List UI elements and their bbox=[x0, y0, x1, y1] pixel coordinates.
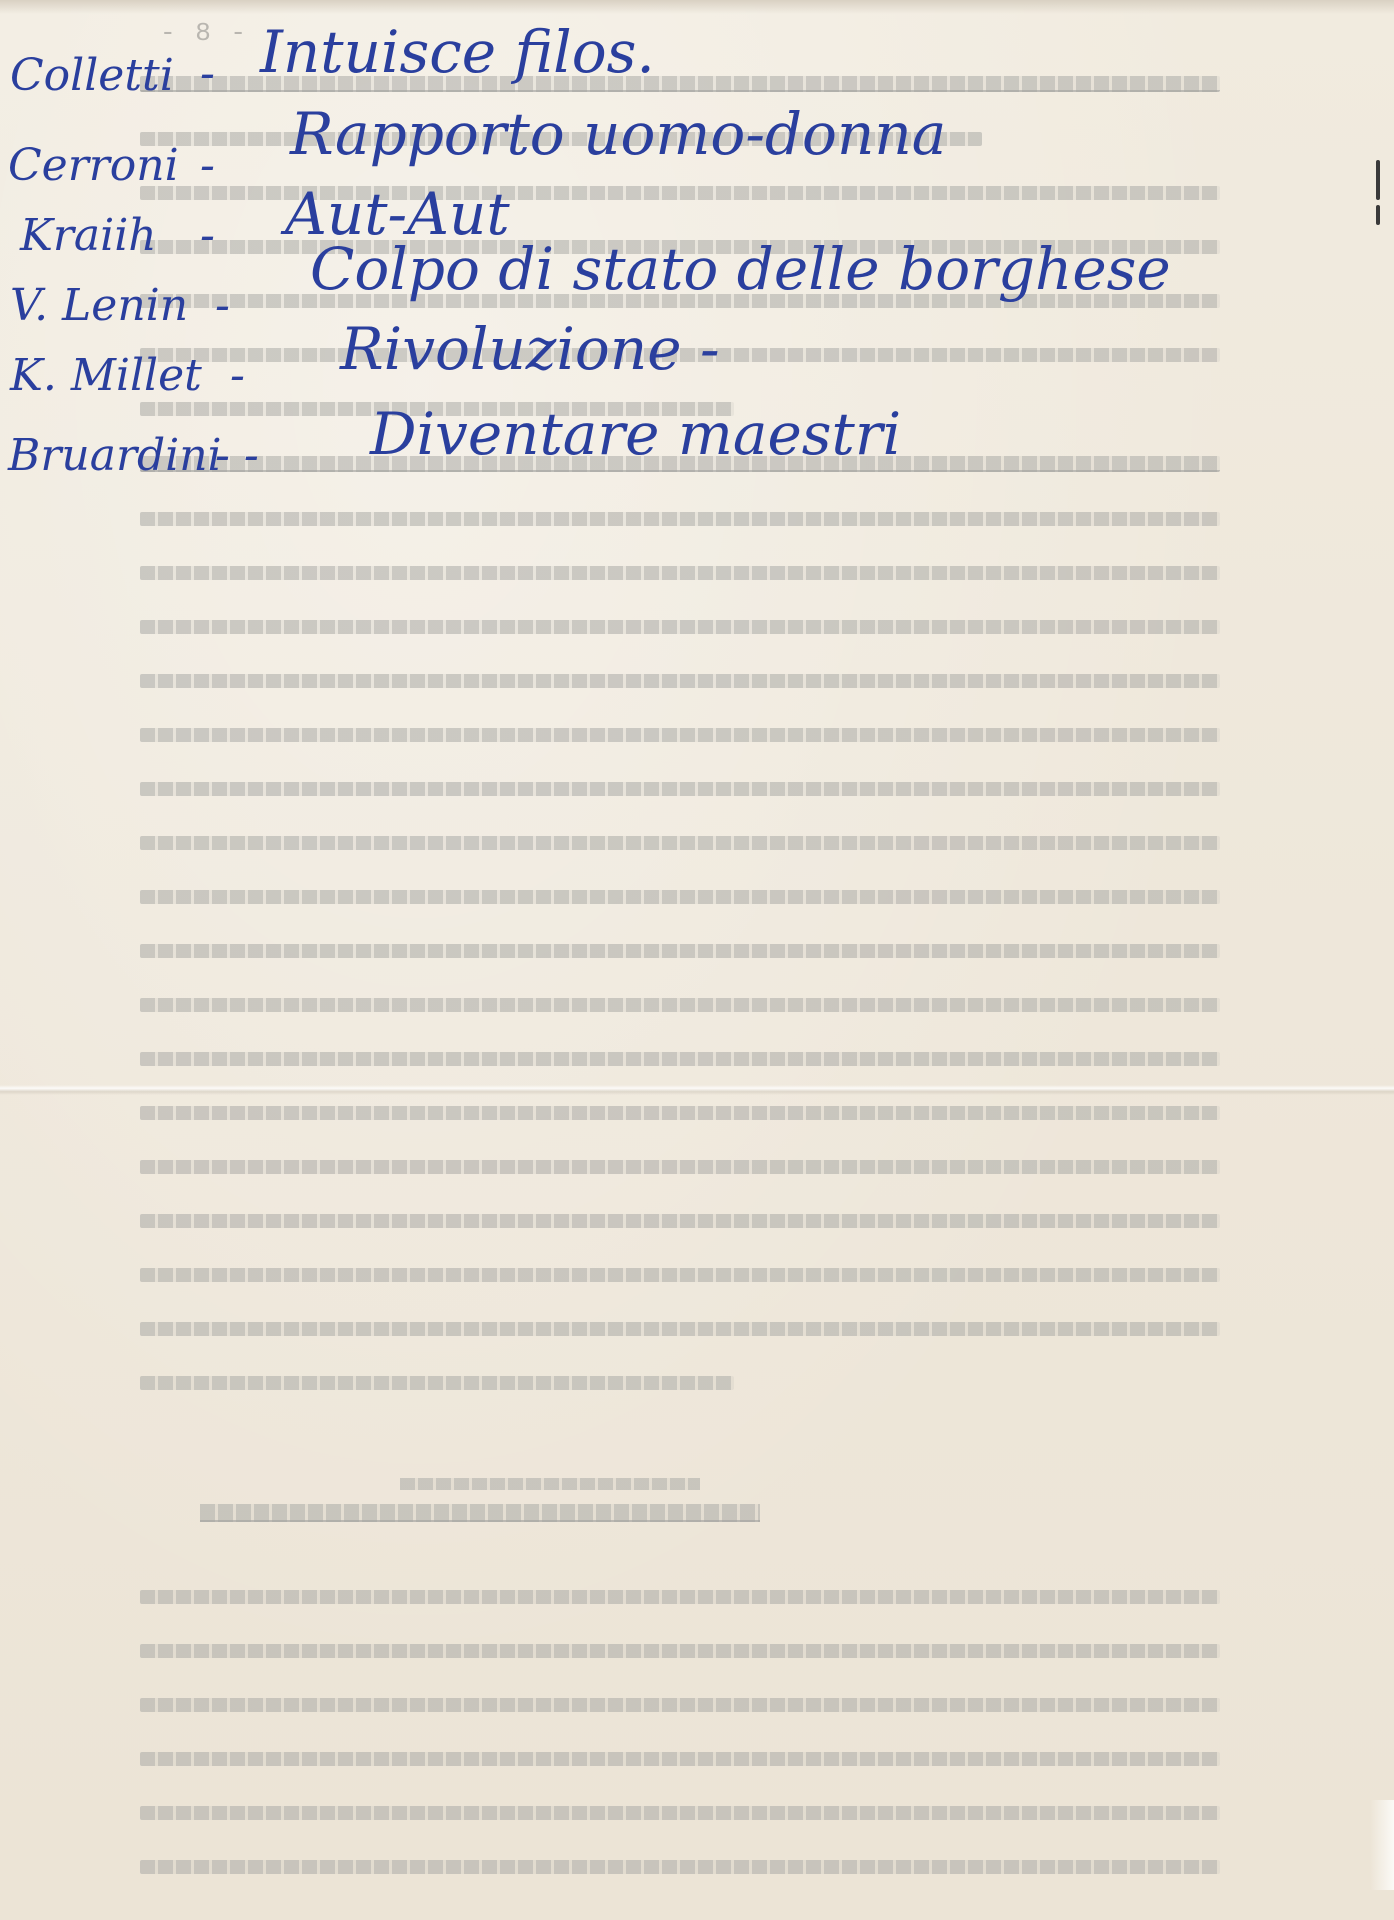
handwritten-name: Kraiih bbox=[20, 210, 157, 261]
handwritten-note: Diventare maestri bbox=[370, 400, 901, 468]
signoff-place-date bbox=[400, 1478, 700, 1490]
handwritten-name: Colletti bbox=[10, 50, 174, 101]
typed-line bbox=[140, 1322, 1220, 1336]
typed-line bbox=[140, 1752, 1220, 1766]
handwritten-note: Colpo di stato delle borghese bbox=[310, 235, 1171, 303]
handwritten-name: K. Millet bbox=[10, 350, 202, 401]
typed-line bbox=[140, 674, 1220, 688]
typed-line bbox=[140, 836, 1220, 850]
page-number: - 8 - bbox=[160, 18, 248, 48]
signoff-collective bbox=[200, 1504, 760, 1522]
handwritten-name: Cerroni bbox=[8, 140, 179, 191]
handwritten-note: Rivoluzione - bbox=[340, 315, 720, 383]
handwritten-dash: - bbox=[215, 280, 230, 331]
paper-tear bbox=[1370, 1800, 1394, 1890]
paper-top-edge bbox=[0, 0, 1394, 14]
staple-mark bbox=[1376, 205, 1380, 225]
handwritten-note: Intuisce filos. bbox=[260, 18, 655, 86]
typed-line bbox=[140, 1268, 1220, 1282]
handwritten-dash: - - bbox=[215, 430, 259, 481]
handwritten-name: V. Lenin bbox=[10, 280, 188, 331]
handwritten-dash: - bbox=[200, 210, 215, 261]
typed-line bbox=[140, 566, 1220, 580]
typed-signoff bbox=[200, 1478, 760, 1538]
handwritten-dash: - bbox=[200, 48, 215, 99]
typed-line bbox=[140, 890, 1220, 904]
staple-mark bbox=[1376, 160, 1380, 200]
typed-line bbox=[140, 1590, 1220, 1604]
typed-line bbox=[140, 1644, 1220, 1658]
typed-line bbox=[140, 512, 1220, 526]
typed-line bbox=[140, 1860, 1220, 1874]
typed-line bbox=[140, 1106, 1220, 1120]
typed-line bbox=[140, 1214, 1220, 1228]
typed-line bbox=[140, 620, 1220, 634]
typed-line bbox=[140, 1160, 1220, 1174]
handwritten-note: Rapporto uomo-donna bbox=[290, 100, 946, 168]
typed-line bbox=[140, 1698, 1220, 1712]
typed-line bbox=[140, 782, 1220, 796]
handwritten-dash: - bbox=[230, 350, 245, 401]
typed-line bbox=[140, 1052, 1220, 1066]
typed-line bbox=[140, 1376, 734, 1390]
typed-note-text bbox=[140, 1590, 1220, 1914]
handwritten-name: Bruardini bbox=[8, 430, 222, 481]
typed-line bbox=[140, 1806, 1220, 1820]
typed-line bbox=[140, 998, 1220, 1012]
typed-line bbox=[140, 944, 1220, 958]
handwritten-dash: - bbox=[200, 140, 215, 191]
typed-line bbox=[140, 728, 1220, 742]
